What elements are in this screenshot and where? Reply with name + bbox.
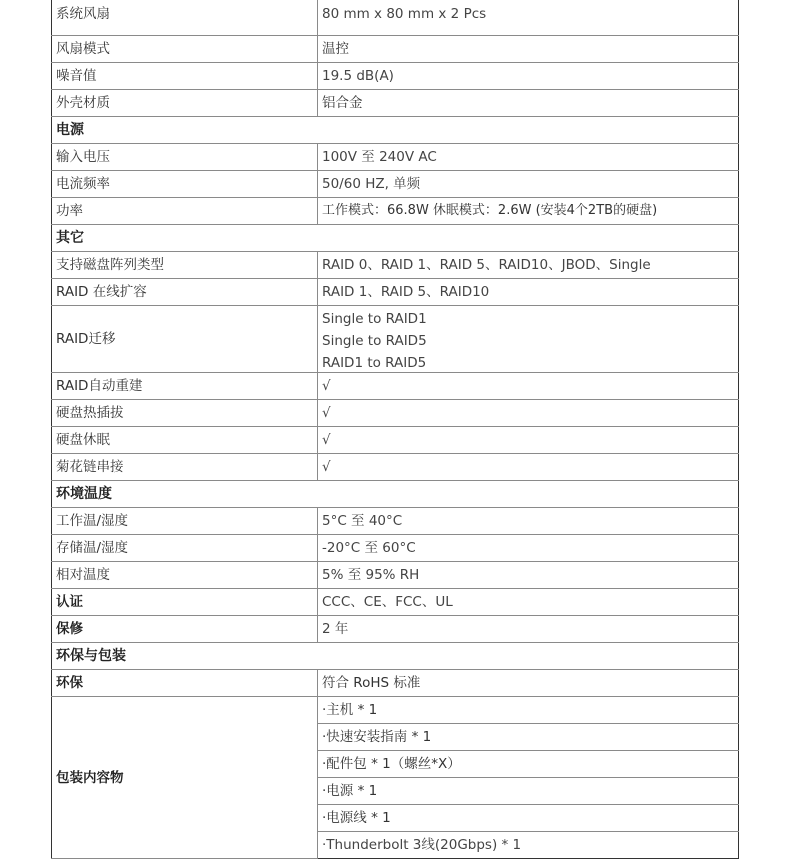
spec-row-warranty: 保修 2 年 <box>52 616 739 643</box>
spec-value: 5°C 至 40°C <box>318 508 739 535</box>
spec-value-list: Single to RAID1 Single to RAID5 RAID1 to… <box>318 306 739 373</box>
spec-row-operating-temp: 工作温/湿度 5°C 至 40°C <box>52 508 739 535</box>
spec-value: 19.5 dB(A) <box>318 63 739 90</box>
spec-label: 硬盘热插拔 <box>52 400 318 427</box>
spec-value: RAID 0、RAID 1、RAID 5、RAID10、JBOD、Single <box>318 252 739 279</box>
spec-row-frequency: 电流频率 50/60 HZ, 单频 <box>52 171 739 198</box>
spec-label: 支持磁盘阵列类型 <box>52 252 318 279</box>
migration-item: Single to RAID5 <box>322 328 734 350</box>
package-item: ·电源线 * 1 <box>318 805 739 832</box>
spec-value: -20°C 至 60°C <box>318 535 739 562</box>
spec-row-humidity: 相对温度 5% 至 95% RH <box>52 562 739 589</box>
spec-label: 功率 <box>52 198 318 225</box>
check-icon: √ <box>318 454 739 481</box>
section-title: 其它 <box>52 225 739 252</box>
spec-row-noise: 噪音值 19.5 dB(A) <box>52 63 739 90</box>
spec-table: 系统风扇 80 mm x 80 mm x 2 Pcs 风扇模式 温控 噪音值 1… <box>51 0 739 859</box>
spec-row-power: 功率 工作模式：66.8W 休眠模式：2.6W (安装4个2TB的硬盘) <box>52 198 739 225</box>
spec-label: 环保 <box>52 670 318 697</box>
spec-label: 包装内容物 <box>52 697 318 859</box>
spec-row-material: 外壳材质 铝合金 <box>52 90 739 117</box>
spec-row-input-voltage: 输入电压 100V 至 240V AC <box>52 144 739 171</box>
migration-item: Single to RAID1 <box>322 306 734 328</box>
spec-value: 5% 至 95% RH <box>318 562 739 589</box>
spec-label: 硬盘休眠 <box>52 427 318 454</box>
section-title: 环境温度 <box>52 481 739 508</box>
spec-label: 输入电压 <box>52 144 318 171</box>
spec-value: 铝合金 <box>318 90 739 117</box>
spec-row-package-contents: 包装内容物 ·主机 * 1 <box>52 697 739 724</box>
spec-label: 相对温度 <box>52 562 318 589</box>
package-item: ·配件包 * 1（螺丝*X） <box>318 751 739 778</box>
spec-value: 80 mm x 80 mm x 2 Pcs <box>318 0 739 36</box>
migration-item: RAID1 to RAID5 <box>322 350 734 372</box>
spec-row-daisy-chain: 菊花链串接 √ <box>52 454 739 481</box>
spec-row-disk-sleep: 硬盘休眠 √ <box>52 427 739 454</box>
spec-label: RAID自动重建 <box>52 373 318 400</box>
spec-row-hot-swap: 硬盘热插拔 √ <box>52 400 739 427</box>
package-item: ·电源 * 1 <box>318 778 739 805</box>
package-item: ·Thunderbolt 3线(20Gbps) * 1 <box>318 832 739 859</box>
spec-label: 菊花链串接 <box>52 454 318 481</box>
spec-label: 风扇模式 <box>52 36 318 63</box>
spec-value: RAID 1、RAID 5、RAID10 <box>318 279 739 306</box>
spec-label: 电流频率 <box>52 171 318 198</box>
spec-label: 保修 <box>52 616 318 643</box>
spec-label: 工作温/湿度 <box>52 508 318 535</box>
spec-value: 符合 RoHS 标准 <box>318 670 739 697</box>
spec-label: 外壳材质 <box>52 90 318 117</box>
section-other: 其它 <box>52 225 739 252</box>
spec-row-system-fan: 系统风扇 80 mm x 80 mm x 2 Pcs <box>52 0 739 36</box>
spec-row-raid-expansion: RAID 在线扩容 RAID 1、RAID 5、RAID10 <box>52 279 739 306</box>
spec-value: 2 年 <box>318 616 739 643</box>
section-title: 电源 <box>52 117 739 144</box>
spec-row-certification: 认证 CCC、CE、FCC、UL <box>52 589 739 616</box>
section-title: 环保与包装 <box>52 643 739 670</box>
spec-value: CCC、CE、FCC、UL <box>318 589 739 616</box>
spec-label: 噪音值 <box>52 63 318 90</box>
section-power: 电源 <box>52 117 739 144</box>
section-packaging: 环保与包装 <box>52 643 739 670</box>
spec-row-raid-rebuild: RAID自动重建 √ <box>52 373 739 400</box>
spec-row-eco: 环保 符合 RoHS 标准 <box>52 670 739 697</box>
spec-label: 存储温/湿度 <box>52 535 318 562</box>
spec-value: 工作模式：66.8W 休眠模式：2.6W (安装4个2TB的硬盘) <box>318 198 739 225</box>
check-icon: √ <box>318 400 739 427</box>
check-icon: √ <box>318 427 739 454</box>
spec-label: RAID迁移 <box>52 306 318 373</box>
package-item: ·快速安装指南 * 1 <box>318 724 739 751</box>
spec-label: RAID 在线扩容 <box>52 279 318 306</box>
spec-label: 系统风扇 <box>52 0 318 36</box>
spec-row-raid-migration: RAID迁移 Single to RAID1 Single to RAID5 R… <box>52 306 739 373</box>
package-item: ·主机 * 1 <box>318 697 739 724</box>
spec-label: 认证 <box>52 589 318 616</box>
spec-row-storage-temp: 存储温/湿度 -20°C 至 60°C <box>52 535 739 562</box>
spec-value: 温控 <box>318 36 739 63</box>
spec-value: 100V 至 240V AC <box>318 144 739 171</box>
spec-row-raid-types: 支持磁盘阵列类型 RAID 0、RAID 1、RAID 5、RAID10、JBO… <box>52 252 739 279</box>
section-environment: 环境温度 <box>52 481 739 508</box>
spec-value: 50/60 HZ, 单频 <box>318 171 739 198</box>
check-icon: √ <box>318 373 739 400</box>
spec-row-fan-mode: 风扇模式 温控 <box>52 36 739 63</box>
